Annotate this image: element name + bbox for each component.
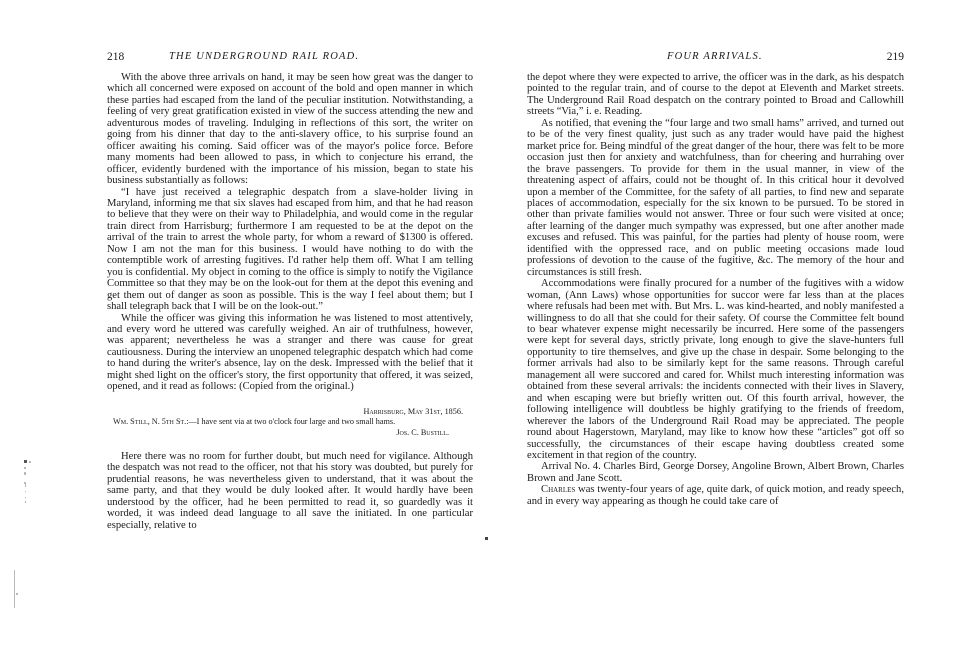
page-body: the depot where they were expected to ar… (527, 72, 904, 507)
paragraph: Charles was twenty-four years of age, qu… (527, 484, 904, 507)
running-head: 218 THE UNDERGROUND RAIL ROAD. (107, 50, 473, 66)
scan-mark (14, 570, 15, 608)
scan-mark (29, 461, 31, 463)
running-title: FOUR ARRIVALS. (667, 50, 763, 64)
paragraph-text: was twenty-four years of age, quite dark… (527, 484, 904, 506)
running-head: FOUR ARRIVALS. 219 (527, 50, 904, 66)
paragraph: Here there was no room for further doubt… (107, 451, 473, 531)
scan-mark (16, 593, 18, 595)
page-body: With the above three arrivals on hand, i… (107, 72, 473, 531)
telegram-addressee: Wm. Still, N. 5th St. (113, 417, 186, 426)
paragraph: With the above three arrivals on hand, i… (107, 72, 473, 187)
page-number: 219 (887, 50, 904, 64)
scan-mark (25, 491, 26, 492)
telegram-message: Wm. Still, N. 5th St.:—I have sent via a… (107, 417, 473, 427)
paragraph: the depot where they were expected to ar… (527, 72, 904, 118)
telegram-quote: Harrisburg, May 31st, 1856. Wm. Still, N… (107, 407, 473, 438)
scan-mark (485, 537, 488, 540)
scan-mark (24, 472, 26, 475)
scan-mark (25, 497, 26, 498)
telegram-dateline: Harrisburg, May 31st, 1856. (107, 407, 473, 417)
paragraph: As notified, that evening the “four larg… (527, 118, 904, 278)
page-number: 218 (107, 50, 124, 64)
scan-mark (25, 483, 26, 487)
paragraph: “I have just received a telegraphic desp… (107, 187, 473, 313)
running-title: THE UNDERGROUND RAIL ROAD. (169, 50, 359, 64)
paragraph: Arrival No. 4. Charles Bird, George Dors… (527, 461, 904, 484)
scan-mark (25, 501, 26, 503)
lead-name: Charles (541, 484, 575, 495)
telegram-signature: Jos. C. Bustill. (107, 428, 473, 438)
right-page: FOUR ARRIVALS. 219 the depot where they … (527, 50, 904, 507)
paragraph: Accommodations were finally procured for… (527, 278, 904, 461)
scan-mark (24, 460, 27, 463)
telegram-text: :—I have sent via at two o'clock four la… (186, 417, 395, 426)
paragraph: While the officer was giving this inform… (107, 313, 473, 393)
scan-mark (24, 467, 26, 469)
left-page: 218 THE UNDERGROUND RAIL ROAD. With the … (107, 50, 473, 531)
